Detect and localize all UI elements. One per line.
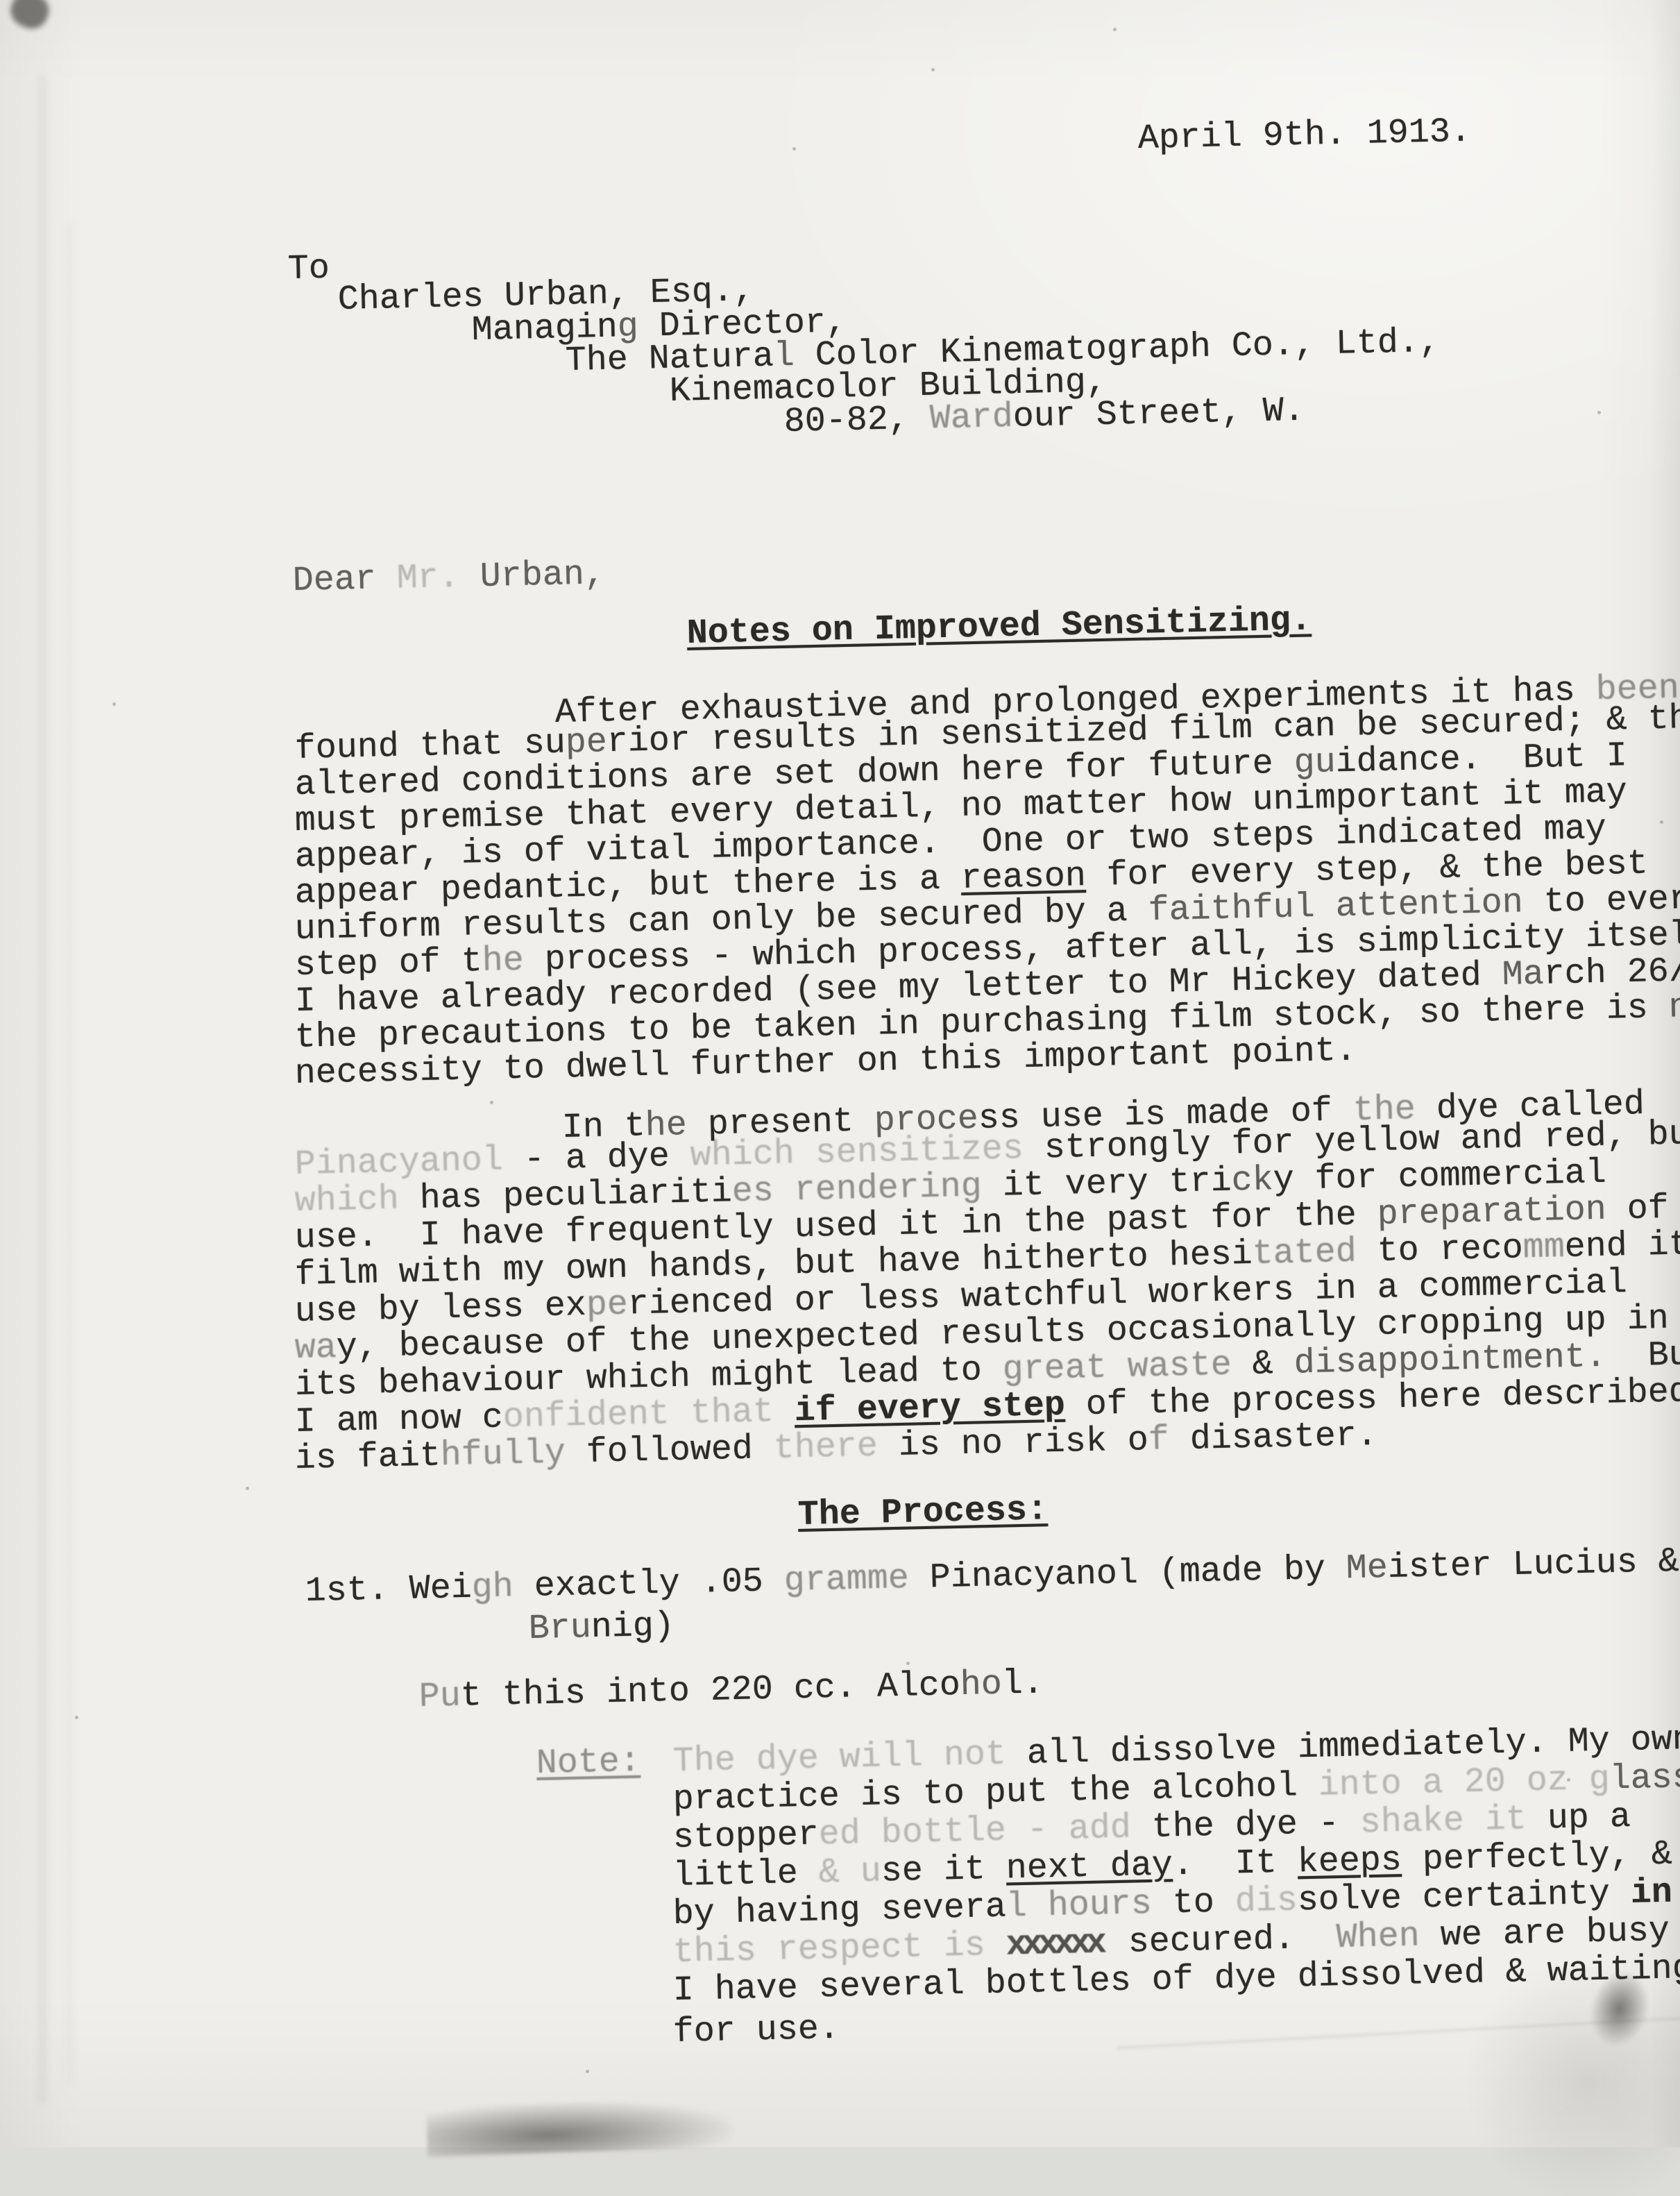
text-segment: Urban, xyxy=(480,555,605,597)
ink-speck xyxy=(1597,411,1601,414)
text-segment: l. xyxy=(1001,1664,1044,1704)
ink-speck xyxy=(906,1662,910,1665)
text-segment: t this into 220 cc. Alco xyxy=(460,1666,960,1716)
text-segment: . It xyxy=(1172,1843,1298,1885)
text-segment: April 9th. 1913. xyxy=(1137,112,1471,159)
text-segment: gramme xyxy=(783,1559,909,1601)
text-segment: & u xyxy=(818,1852,881,1893)
process-step-1-cont: Brunig) xyxy=(528,1608,674,1648)
text-segment: stopper xyxy=(672,1815,819,1858)
text-segment: followed xyxy=(565,1429,774,1473)
text-segment: ck xyxy=(1231,1160,1273,1201)
text-segment: disaster. xyxy=(1169,1416,1377,1460)
underlined-text: next day xyxy=(1006,1846,1173,1889)
letter-date: April 9th. 1913. xyxy=(1137,115,1471,158)
fold-line-bottom-right xyxy=(1118,2013,1680,2049)
recipient-to: To xyxy=(287,251,330,288)
text-segment: of xyxy=(1606,1189,1669,1230)
text-segment: But xyxy=(1606,1335,1680,1376)
text-segment: dis xyxy=(1234,1881,1298,1922)
process-step-2: Put this into 220 cc. Alcohol. xyxy=(418,1666,1044,1716)
subject-heading: Notes on Improved Sensitizing. xyxy=(686,602,1312,652)
text-segment: Ma xyxy=(1502,955,1544,995)
note-line: for use. xyxy=(672,2011,840,2051)
text-segment: Pinacyanol (made by xyxy=(908,1549,1346,1598)
text-segment: which xyxy=(294,1180,399,1222)
text-segment xyxy=(459,557,480,598)
ink-speck xyxy=(246,1487,249,1490)
ink-speck xyxy=(792,147,796,151)
text-segment: 1st. Wei xyxy=(305,1569,472,1612)
process-step-1: 1st. Weigh exactly .05 gramme Pinacyanol… xyxy=(305,1544,1679,1610)
scan-crease-left-2 xyxy=(68,222,72,2082)
text-segment: 80-82, xyxy=(783,399,930,442)
ink-speck xyxy=(586,2070,589,2073)
text-segment: When xyxy=(1336,1917,1420,1959)
text-segment: for use. xyxy=(672,2009,840,2052)
ink-speck xyxy=(112,702,116,706)
text-segment: gu xyxy=(1293,743,1336,783)
corner-smudge-top-left xyxy=(6,0,54,34)
text-segment: no xyxy=(1668,987,1680,1027)
text-segment: ister Lucius & xyxy=(1387,1542,1679,1588)
text-segment: we are busy xyxy=(1419,1911,1670,1957)
text-segment: to xyxy=(1151,1882,1235,1924)
text-segment: To xyxy=(287,249,330,289)
text-segment: in xyxy=(1630,1873,1672,1914)
text-segment: hfully xyxy=(440,1433,566,1476)
salutation: Dear Mr. Urban, xyxy=(292,557,605,600)
text-segment: he xyxy=(482,941,524,981)
text-segment: Mr. xyxy=(396,558,459,599)
text-segment: wa xyxy=(294,1328,337,1369)
text-segment: nig) xyxy=(591,1606,674,1648)
ink-speck xyxy=(931,68,935,71)
text-segment: pe xyxy=(586,1285,628,1326)
text-segment: lass xyxy=(1609,1758,1680,1800)
text-segment: l hours xyxy=(1006,1884,1152,1927)
underlined-text: The Process: xyxy=(797,1490,1048,1535)
bottom-smudge xyxy=(426,2096,733,2147)
text-segment: shake it xyxy=(1359,1800,1527,1843)
underlined-text: Notes on Improved Sensitizing. xyxy=(686,600,1312,654)
text-segment: Ward xyxy=(929,398,1013,439)
text-segment: Pu xyxy=(418,1677,461,1717)
text-segment: is no risk o xyxy=(877,1421,1148,1466)
text-segment: our Street, W. xyxy=(1012,391,1305,437)
process-heading: The Process: xyxy=(797,1492,1048,1534)
text-segment: secured. xyxy=(1107,1918,1337,1963)
text-segment: f xyxy=(1148,1421,1169,1461)
paper-edge-shading xyxy=(1649,0,1680,2147)
text-segment: exactly .05 xyxy=(513,1562,784,1607)
text-segment: pe xyxy=(565,723,607,763)
scan-crease-left xyxy=(39,76,46,2103)
text-segment: the dye - xyxy=(1130,1803,1360,1848)
text-segment: little xyxy=(672,1853,819,1896)
ink-speck xyxy=(1113,28,1117,31)
text-segment: is fait xyxy=(294,1436,441,1479)
letter-document: April 9th. 1913.ToCharles Urban, Esq.,Ma… xyxy=(0,0,1680,2147)
ink-speck xyxy=(75,1716,78,1719)
text-segment: tated xyxy=(1252,1233,1357,1274)
underlined-text: Note: xyxy=(536,1742,640,1784)
text-segment: & xyxy=(1231,1344,1294,1385)
corner-shadow-bottom-right xyxy=(1451,1967,1680,2147)
ink-speck xyxy=(490,1101,493,1104)
ink-speck xyxy=(1660,820,1663,824)
text-segment: ho xyxy=(960,1665,1002,1705)
recipient-street: 80-82, Wardour Street, W. xyxy=(783,394,1305,441)
note-label: Note: xyxy=(536,1744,640,1782)
underlined-text: keeps xyxy=(1297,1841,1402,1882)
text-segment: up a xyxy=(1526,1798,1631,1839)
text-segment: there xyxy=(773,1427,878,1469)
text-segment: se it xyxy=(881,1850,1006,1892)
struck-out-text: xxxxxx xyxy=(1006,1924,1102,1966)
text-segment: Dear xyxy=(292,559,397,601)
text-segment: Bru xyxy=(528,1608,591,1649)
text-segment: mm xyxy=(1522,1228,1565,1268)
text-segment: gh xyxy=(471,1567,514,1607)
text-segment xyxy=(773,1392,795,1432)
text-segment: Me xyxy=(1346,1548,1388,1589)
text-segment: end its xyxy=(1564,1224,1680,1267)
